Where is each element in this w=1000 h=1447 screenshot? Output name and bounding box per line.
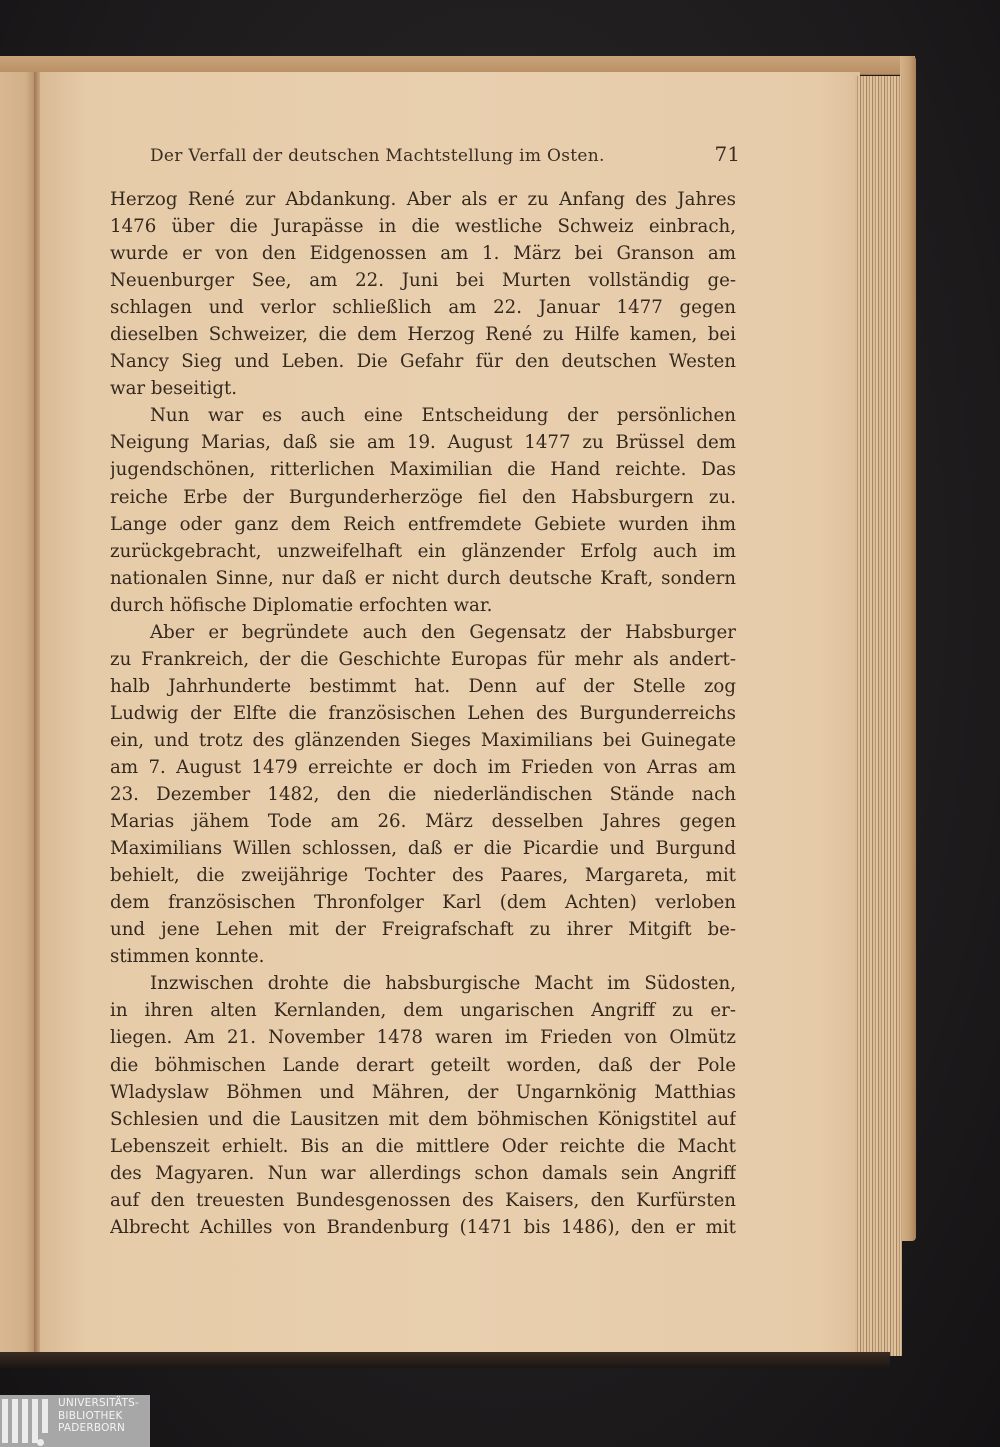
page-stack-edge: [855, 76, 902, 1356]
library-logo-text: UNIVERSITÄTS- BIBLIOTHEK PADERBORN: [58, 1397, 139, 1435]
text-line: Lebenszeit erhielt. Bis an die mittlere …: [110, 1133, 736, 1160]
text-line: stimmen konnte.: [110, 943, 736, 970]
text-line: Nun war es auch eine Entscheidung der pe…: [110, 402, 736, 429]
running-title: Der Verfall der deutschen Machtstellung …: [150, 146, 605, 166]
text-line: zurückgebracht, unzweifelhaft ein glänze…: [110, 538, 736, 565]
text-line: halb Jahrhunderte bestimmt hat. Denn auf…: [110, 673, 736, 700]
text-line: in ihren alten Kernlanden, dem ungarisch…: [110, 997, 736, 1024]
text-line: war beseitigt.: [110, 375, 736, 402]
text-line: jugendschönen, ritterlichen Maximilian d…: [110, 456, 736, 483]
text-line: Schlesien und die Lausitzen mit dem böhm…: [110, 1106, 736, 1133]
body-text: Herzog René zur Abdankung. Aber als er z…: [110, 186, 736, 1241]
text-line: reiche Erbe der Burgunderherzöge fiel de…: [110, 484, 736, 511]
previous-page-edge: [0, 72, 36, 1362]
text-line: und jene Lehen mit der Freigrafschaft zu…: [110, 916, 736, 943]
library-logo: UNIVERSITÄTS- BIBLIOTHEK PADERBORN: [0, 1395, 150, 1447]
text-line: dem französischen Thronfolger Karl (dem …: [110, 889, 736, 916]
text-line: wurde er von den Eidgenossen am 1. März …: [110, 240, 736, 267]
text-line: behielt, die zweijährige Tochter des Paa…: [110, 862, 736, 889]
text-line: schlagen und verlor schließlich am 22. J…: [110, 294, 736, 321]
text-line: Maximilians Willen schlossen, daß er die…: [110, 835, 736, 862]
text-line: 1476 über die Jurapässe in die westliche…: [110, 213, 736, 240]
text-line: Marias jähem Tode am 26. März desselben …: [110, 808, 736, 835]
text-line: Neuenburger See, am 22. Juni bei Murten …: [110, 267, 736, 294]
running-head: Der Verfall der deutschen Machtstellung …: [150, 142, 740, 166]
text-line: zu Frankreich, der die Geschichte Europa…: [110, 646, 736, 673]
logo-line-2: BIBLIOTHEK: [58, 1410, 139, 1423]
text-line: ein, und trotz des glänzenden Sieges Max…: [110, 727, 736, 754]
text-line: am 7. August 1479 erreichte er doch im F…: [110, 754, 736, 781]
text-line: liegen. Am 21. November 1478 waren im Fr…: [110, 1024, 736, 1051]
text-line: Wladyslaw Böhmen und Mähren, der Ungarnk…: [110, 1079, 736, 1106]
text-line: Inzwischen drohte die habsburgische Mach…: [110, 970, 736, 997]
text-line: Lange oder ganz dem Reich entfremdete Ge…: [110, 511, 736, 538]
text-line: 23. Dezember 1482, den die niederländisc…: [110, 781, 736, 808]
text-line: Neigung Marias, daß sie am 19. August 14…: [110, 429, 736, 456]
text-line: Herzog René zur Abdankung. Aber als er z…: [110, 186, 736, 213]
book-cover-right-edge: [900, 56, 916, 1241]
page-number: 71: [715, 142, 740, 166]
text-line: Aber er begründete auch den Gegensatz de…: [110, 619, 736, 646]
logo-line-3: PADERBORN: [58, 1422, 139, 1435]
text-line: Nancy Sieg und Leben. Die Gefahr für den…: [110, 348, 736, 375]
text-line: des Magyaren. Nun war allerdings schon d…: [110, 1160, 736, 1187]
text-line: durch höfische Diplomatie erfochten war.: [110, 592, 736, 619]
book-bottom-shadow: [0, 1352, 890, 1368]
text-line: die böhmischen Lande derart geteilt word…: [110, 1052, 736, 1079]
text-line: Albrecht Achilles von Brandenburg (1471 …: [110, 1214, 736, 1241]
text-line: nationalen Sinne, nur daß er nicht durch…: [110, 565, 736, 592]
text-line: dieselben Schweizer, die dem Herzog René…: [110, 321, 736, 348]
logo-line-1: UNIVERSITÄTS-: [58, 1397, 139, 1410]
text-line: Ludwig der Elfte die französischen Lehen…: [110, 700, 736, 727]
library-logo-icon: [0, 1395, 48, 1447]
text-line: auf den treuesten Bundesgenossen des Kai…: [110, 1187, 736, 1214]
page-gutter: [34, 72, 40, 1362]
